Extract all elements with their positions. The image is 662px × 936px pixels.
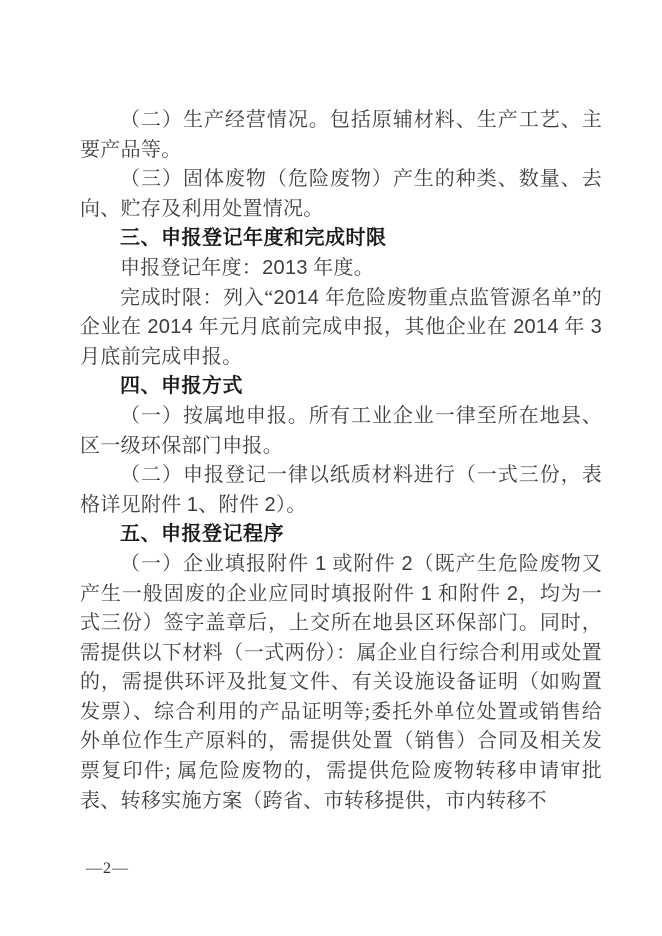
document-body: （二）生产经营情况。包括原辅材料、生产工艺、主要产品等。 （三）固体废物（危险废… [80, 106, 602, 816]
paragraph: 申报登记年度：2013 年度。 [80, 254, 602, 284]
paragraph: （一）按属地申报。所有工业企业一律至所在地县、区一级环保部门申报。 [80, 402, 602, 461]
page-number: —2— [86, 860, 129, 878]
section-heading-4: 四、申报方式 [80, 372, 602, 402]
section-heading-5: 五、申报登记程序 [80, 520, 602, 550]
paragraph: 完成时限：列入“2014 年危险废物重点监管源名单”的企业在 2014 年元月底… [80, 284, 602, 373]
paragraph: （一）企业填报附件 1 或附件 2（既产生危险废物又产生一般固废的企业应同时填报… [80, 550, 602, 816]
paragraph: （三）固体废物（危险废物）产生的种类、数量、去向、贮存及利用处置情况。 [80, 165, 602, 224]
document-page: （二）生产经营情况。包括原辅材料、生产工艺、主要产品等。 （三）固体废物（危险废… [0, 0, 662, 936]
section-heading-3: 三、申报登记年度和完成时限 [80, 224, 602, 254]
paragraph: （二）申报登记一律以纸质材料进行（一式三份，表格详见附件 1、附件 2）。 [80, 461, 602, 520]
paragraph: （二）生产经营情况。包括原辅材料、生产工艺、主要产品等。 [80, 106, 602, 165]
